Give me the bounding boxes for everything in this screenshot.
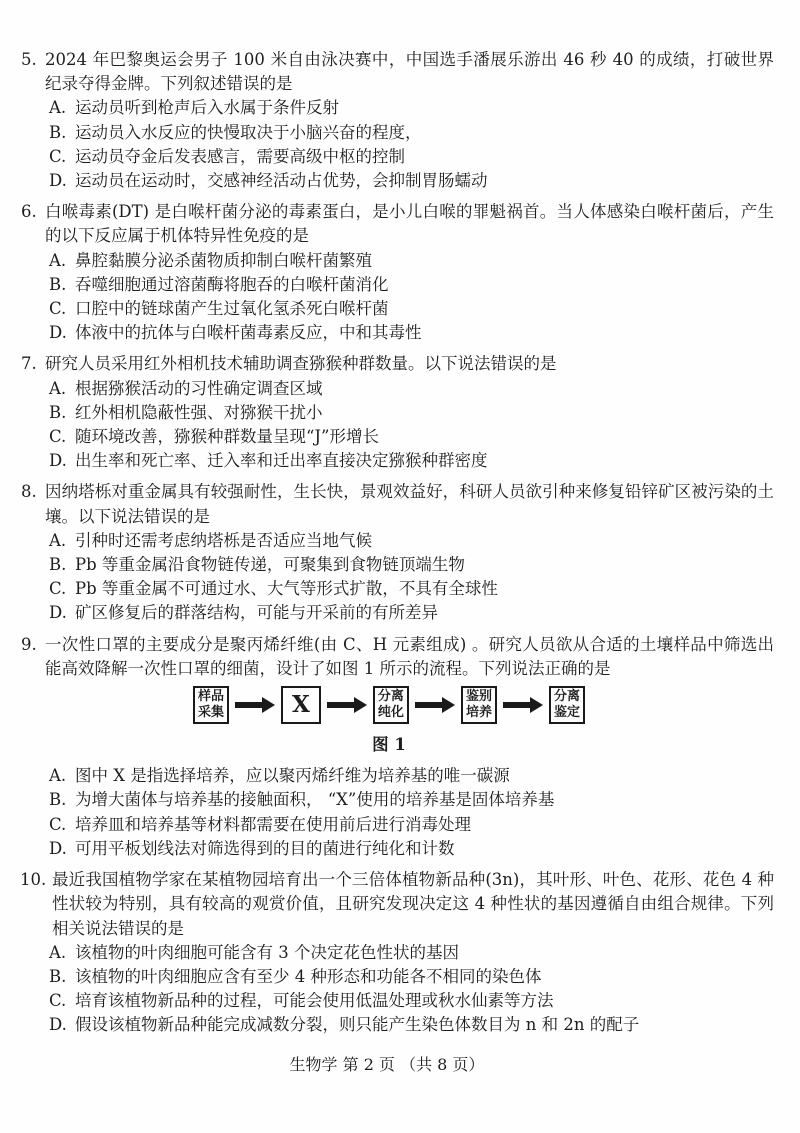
- question-stem-row: 10. 最近我国植物学家在某植物园培育出一个三倍体植物新品种(3n)，其叶形、叶…: [0, 868, 774, 941]
- option-7d: D. 出生率和死亡率、迁入率和迁出率直接决定猕猴种群密度: [0, 449, 774, 473]
- option-text: 根据猕猴活动的习性确定调查区域: [75, 377, 774, 401]
- question-stem: 白喉毒素(DT) 是白喉杆菌分泌的毒素蛋白，是小儿白喉的罪魁祸首。当人体感染白喉…: [45, 200, 774, 248]
- option-label: A.: [49, 941, 66, 965]
- question-5: 5. 2024 年巴黎奥运会男子 100 米自由泳决赛中，中国选手潘展乐游出 4…: [0, 48, 774, 193]
- question-stem-row: 8. 因纳塔栎对重金属具有较强耐性，生长快，景观效益好，科研人员欲引种来修复铅锌…: [0, 480, 774, 528]
- flow-box-separation-identification: 分离 鉴定: [549, 686, 585, 724]
- option-6b: B. 吞噬细胞通过溶菌酶将胞吞的白喉杆菌消化: [0, 273, 774, 297]
- option-label: C.: [49, 989, 66, 1013]
- option-5d: D. 运动员在运动时，交感神经活动占优势，会抑制胃肠蠕动: [0, 169, 774, 193]
- flow-box-text: 分离: [554, 689, 580, 705]
- question-7: 7. 研究人员采用红外相机技术辅助调查猕猴种群数量。以下说法错误的是 A. 根据…: [0, 352, 774, 473]
- option-text: 运动员在运动时，交感神经活动占优势，会抑制胃肠蠕动: [75, 169, 774, 193]
- option-8a: A. 引种时还需考虑纳塔栎是否适应当地气候: [0, 529, 774, 553]
- option-text: 引种时还需考虑纳塔栎是否适应当地气候: [75, 529, 774, 553]
- flow-box-separation-purification: 分离 纯化: [373, 686, 409, 724]
- option-9c: C. 培养皿和培养基等材料都需要在使用前后进行消毒处理: [0, 813, 774, 837]
- option-text: 出生率和死亡率、迁入率和迁出率直接决定猕猴种群密度: [75, 449, 774, 473]
- option-label: C.: [49, 145, 66, 169]
- option-5c: C. 运动员夺金后发表感言，需要高级中枢的控制: [0, 145, 774, 169]
- flow-box-sample-collection: 样品 采集: [193, 686, 229, 724]
- exam-page: 5. 2024 年巴黎奥运会男子 100 米自由泳决赛中，中国选手潘展乐游出 4…: [0, 0, 800, 1077]
- option-7c: C. 随环境改善，猕猴种群数量呈现“J”形增长: [0, 425, 774, 449]
- option-5a: A. 运动员听到枪声后入水属于条件反射: [0, 96, 774, 120]
- question-stem-row: 7. 研究人员采用红外相机技术辅助调查猕猴种群数量。以下说法错误的是: [0, 352, 774, 376]
- flow-box-text: 分离: [378, 689, 404, 705]
- option-label: C.: [49, 297, 66, 321]
- option-text: 该植物的叶肉细胞应含有至少 4 种形态和功能各不相同的染色体: [75, 965, 774, 989]
- option-label: A.: [49, 377, 66, 401]
- question-number: 6.: [21, 200, 37, 224]
- arrow-right-icon: [327, 697, 367, 713]
- option-9b: B. 为增大菌体与培养基的接触面积， “X”使用的培养基是固体培养基: [0, 788, 774, 812]
- option-text: 培养皿和培养基等材料都需要在使用前后进行消毒处理: [75, 813, 774, 837]
- question-9: 9. 一次性口罩的主要成分是聚丙烯纤维(由 C、H 元素组成) 。研究人员欲从合…: [0, 633, 774, 861]
- option-label: A.: [49, 764, 66, 788]
- option-6d: D. 体液中的抗体与白喉杆菌毒素反应，中和其毒性: [0, 321, 774, 345]
- flow-box-identification-culture: 鉴别 培养: [461, 686, 497, 724]
- figure-1: 样品 采集 X 分离 纯化 鉴别 培养 分离: [0, 686, 774, 757]
- arrow-right-icon: [415, 697, 455, 713]
- option-text: 红外相机隐蔽性强、对猕猴干扰小: [75, 401, 774, 425]
- flow-box-text: 鉴别: [466, 689, 492, 705]
- question-stem-row: 9. 一次性口罩的主要成分是聚丙烯纤维(由 C、H 元素组成) 。研究人员欲从合…: [0, 633, 774, 681]
- option-text: 假设该植物新品种能完成减数分裂，则只能产生染色体数目为 n 和 2n 的配子: [75, 1013, 774, 1037]
- option-10b: B. 该植物的叶肉细胞应含有至少 4 种形态和功能各不相同的染色体: [0, 965, 774, 989]
- option-text: 图中 X 是指选择培养，应以聚丙烯纤维为培养基的唯一碳源: [75, 764, 774, 788]
- option-text: 吞噬细胞通过溶菌酶将胞吞的白喉杆菌消化: [75, 273, 774, 297]
- question-number: 5.: [21, 48, 37, 72]
- option-label: D.: [49, 1013, 67, 1037]
- arrow-right-icon: [235, 697, 275, 713]
- question-stem: 最近我国植物学家在某植物园培育出一个三倍体植物新品种(3n)，其叶形、叶色、花形…: [52, 868, 774, 941]
- option-label: D.: [49, 837, 67, 861]
- option-text: 培育该植物新品种的过程，可能会使用低温处理或秋水仙素等方法: [75, 989, 774, 1013]
- option-8d: D. 矿区修复后的群落结构，可能与开采前的有所差异: [0, 601, 774, 625]
- option-5b: B. 运动员入水反应的快慢取决于小脑兴奋的程度，: [0, 121, 774, 145]
- option-text: 矿区修复后的群落结构，可能与开采前的有所差异: [75, 601, 774, 625]
- question-stem-row: 5. 2024 年巴黎奥运会男子 100 米自由泳决赛中，中国选手潘展乐游出 4…: [0, 48, 774, 96]
- option-label: B.: [49, 788, 66, 812]
- flow-box-text: X: [292, 688, 310, 722]
- question-8: 8. 因纳塔栎对重金属具有较强耐性，生长快，景观效益好，科研人员欲引种来修复铅锌…: [0, 480, 774, 625]
- figure-caption: 图 1: [193, 733, 585, 757]
- question-stem: 研究人员采用红外相机技术辅助调查猕猴种群数量。以下说法错误的是: [45, 352, 774, 376]
- question-number: 8.: [21, 480, 37, 504]
- option-6a: A. 鼻腔黏膜分泌杀菌物质抑制白喉杆菌繁殖: [0, 249, 774, 273]
- option-label: B.: [49, 553, 66, 577]
- option-text: 运动员听到枪声后入水属于条件反射: [75, 96, 774, 120]
- question-stem-row: 6. 白喉毒素(DT) 是白喉杆菌分泌的毒素蛋白，是小儿白喉的罪魁祸首。当人体感…: [0, 200, 774, 248]
- option-10d: D. 假设该植物新品种能完成减数分裂，则只能产生染色体数目为 n 和 2n 的配…: [0, 1013, 774, 1037]
- option-label: B.: [49, 965, 66, 989]
- option-text: 体液中的抗体与白喉杆菌毒素反应，中和其毒性: [75, 321, 774, 345]
- option-text: 鼻腔黏膜分泌杀菌物质抑制白喉杆菌繁殖: [75, 249, 774, 273]
- question-stem: 因纳塔栎对重金属具有较强耐性，生长快，景观效益好，科研人员欲引种来修复铅锌矿区被…: [45, 480, 774, 528]
- question-number: 10.: [20, 868, 46, 892]
- option-label: A.: [49, 529, 66, 553]
- option-text: 运动员夺金后发表感言，需要高级中枢的控制: [75, 145, 774, 169]
- option-8b: B. Pb 等重金属沿食物链传递，可聚集到食物链顶端生物: [0, 553, 774, 577]
- option-label: C.: [49, 425, 66, 449]
- option-8c: C. Pb 等重金属不可通过水、大气等形式扩散，不具有全球性: [0, 577, 774, 601]
- option-10a: A. 该植物的叶肉细胞可能含有 3 个决定花色性状的基因: [0, 941, 774, 965]
- option-text: Pb 等重金属沿食物链传递，可聚集到食物链顶端生物: [75, 553, 774, 577]
- flow-box-text: 纯化: [378, 705, 404, 721]
- option-7a: A. 根据猕猴活动的习性确定调查区域: [0, 377, 774, 401]
- option-label: B.: [49, 121, 66, 145]
- question-6: 6. 白喉毒素(DT) 是白喉杆菌分泌的毒素蛋白，是小儿白喉的罪魁祸首。当人体感…: [0, 200, 774, 345]
- option-text: 口腔中的链球菌产生过氧化氢杀死白喉杆菌: [75, 297, 774, 321]
- option-text: 该植物的叶肉细胞可能含有 3 个决定花色性状的基因: [75, 941, 774, 965]
- option-9a: A. 图中 X 是指选择培养，应以聚丙烯纤维为培养基的唯一碳源: [0, 764, 774, 788]
- option-label: C.: [49, 813, 66, 837]
- flowchart: 样品 采集 X 分离 纯化 鉴别 培养 分离: [193, 686, 585, 724]
- flow-box-text: 样品: [198, 689, 224, 705]
- option-label: D.: [49, 601, 67, 625]
- flow-box-text: 培养: [466, 705, 492, 721]
- option-label: B.: [49, 401, 66, 425]
- option-label: D.: [49, 321, 67, 345]
- question-10: 10. 最近我国植物学家在某植物园培育出一个三倍体植物新品种(3n)，其叶形、叶…: [0, 868, 774, 1037]
- flow-box-x: X: [281, 686, 321, 724]
- option-text: Pb 等重金属不可通过水、大气等形式扩散，不具有全球性: [75, 577, 774, 601]
- option-label: B.: [49, 273, 66, 297]
- option-10c: C. 培育该植物新品种的过程，可能会使用低温处理或秋水仙素等方法: [0, 989, 774, 1013]
- option-label: A.: [49, 249, 66, 273]
- question-number: 7.: [21, 352, 37, 376]
- option-text: 随环境改善，猕猴种群数量呈现“J”形增长: [75, 425, 774, 449]
- option-label: D.: [49, 169, 67, 193]
- flow-box-text: 鉴定: [554, 705, 580, 721]
- arrow-right-icon: [503, 697, 543, 713]
- question-number: 9.: [21, 633, 37, 657]
- page-footer: 生物学 第 2 页 （共 8 页）: [0, 1053, 774, 1077]
- flow-box-text: 采集: [198, 705, 224, 721]
- option-label: A.: [49, 96, 66, 120]
- option-text: 可用平板划线法对筛选得到的目的菌进行纯化和计数: [75, 837, 774, 861]
- option-7b: B. 红外相机隐蔽性强、对猕猴干扰小: [0, 401, 774, 425]
- option-label: D.: [49, 449, 67, 473]
- option-text: 运动员入水反应的快慢取决于小脑兴奋的程度，: [75, 121, 774, 145]
- question-stem: 一次性口罩的主要成分是聚丙烯纤维(由 C、H 元素组成) 。研究人员欲从合适的土…: [45, 633, 774, 681]
- option-9d: D. 可用平板划线法对筛选得到的目的菌进行纯化和计数: [0, 837, 774, 861]
- option-6c: C. 口腔中的链球菌产生过氧化氢杀死白喉杆菌: [0, 297, 774, 321]
- option-label: C.: [49, 577, 66, 601]
- option-text: 为增大菌体与培养基的接触面积， “X”使用的培养基是固体培养基: [75, 788, 774, 812]
- question-stem: 2024 年巴黎奥运会男子 100 米自由泳决赛中，中国选手潘展乐游出 46 秒…: [45, 48, 774, 96]
